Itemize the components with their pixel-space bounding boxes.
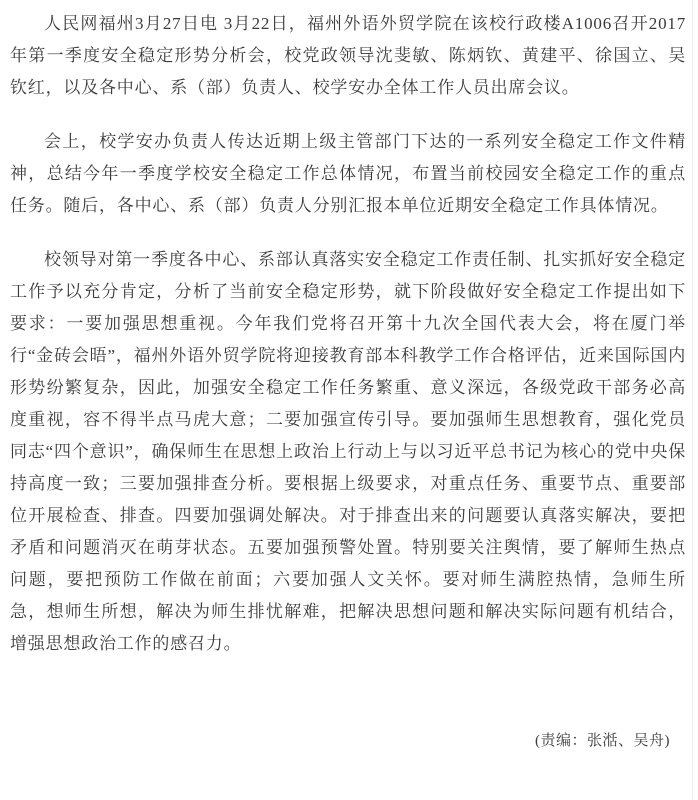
paragraph-dateline-intro: 人民网福州3月27日电 3月22日，福州外语外贸学院在该校行政楼A1006召开2… xyxy=(10,8,686,104)
paragraph-meeting-summary: 会上，校学安办负责人传达近期上级主管部门下达的一系列安全稳定工作文件精神，总结今… xyxy=(10,126,686,222)
paragraph-leader-requirements: 校领导对第一季度各中心、系部认真落实安全稳定工作责任制、扎实抓好安全稳定工作予以… xyxy=(10,244,686,660)
page-right-edge xyxy=(692,0,693,800)
article-document: { "article": { "paragraphs": [ "人民网福州3月2… xyxy=(0,0,698,800)
editor-byline: (责编：张湉、吴舟) xyxy=(10,730,686,752)
article-body: 人民网福州3月27日电 3月22日，福州外语外贸学院在该校行政楼A1006召开2… xyxy=(0,0,698,752)
